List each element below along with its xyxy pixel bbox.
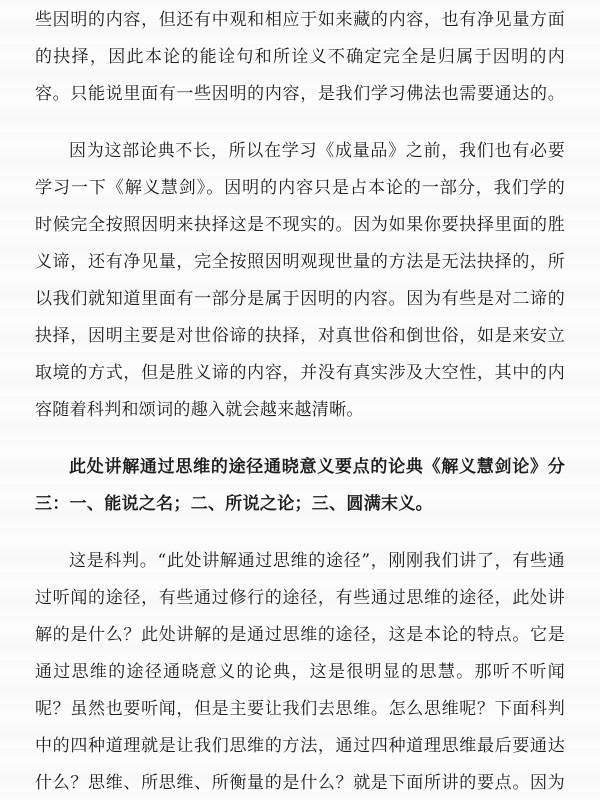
body-paragraph: 这是科判。“此处讲解通过思维的途径”，刚刚我们讲了，有些通过听闻的途径，有些通过… <box>35 543 565 800</box>
text-line: 抉择，因明主要是对世俗谛的抉择，对真世俗和倒世俗，如是来安立 <box>35 318 565 355</box>
text-line: 容。只能说里面有一些因明的内容，是我们学习佛法也需要通达的。 <box>35 76 565 113</box>
document-page: 些因明的内容，但还有中观和相应于如来藏的内容，也有净见量方面的抉择，因此本论的能… <box>0 0 600 800</box>
text-line: 容随着科判和颂词的趣入就会越来越清晰。 <box>35 392 565 429</box>
body-paragraph: 因为这部论典不长，所以在学习《成量品》之前，我们也有必要学习一下《解义慧剑》。因… <box>35 133 565 429</box>
text-line: 些因明的内容，但还有中观和相应于如来藏的内容，也有净见量方面 <box>35 2 565 39</box>
text-line: 解的是什么？此处讲解的是通过思维的途径，这是本论的特点。它是 <box>35 617 565 654</box>
text-line: 此处讲解通过思维的途径通晓意义要点的论典《解义慧剑论》分 <box>35 449 565 486</box>
text-line: 以我们就知道里面有一部分是属于因明的内容。因为有些是对二谛的 <box>35 281 565 318</box>
text-line: 因为这部论典不长，所以在学习《成量品》之前，我们也有必要 <box>35 133 565 170</box>
document-content: 些因明的内容，但还有中观和相应于如来藏的内容，也有净见量方面的抉择，因此本论的能… <box>35 2 565 800</box>
text-line: 过听闻的途径，有些通过修行的途径，有些通过思维的途径，此处讲 <box>35 580 565 617</box>
text-line: 取境的方式，但是胜义谛的内容，并没有真实涉及大空性，其中的内 <box>35 355 565 392</box>
heading-paragraph: 此处讲解通过思维的途径通晓意义要点的论典《解义慧剑论》分三：一、能说之名；二、所… <box>35 449 565 523</box>
text-line: 学习一下《解义慧剑》。因明的内容只是占本论的一部分，我们学的 <box>35 170 565 207</box>
text-line: 这是科判。“此处讲解通过思维的途径”，刚刚我们讲了，有些通 <box>35 543 565 580</box>
text-line: 中的四种道理就是让我们思维的方法，通过四种道理思维最后要通达 <box>35 728 565 765</box>
body-paragraph: 些因明的内容，但还有中观和相应于如来藏的内容，也有净见量方面的抉择，因此本论的能… <box>35 2 565 113</box>
text-line: 义谛，还有净见量，完全按照因明观现世量的方法是无法抉择的，所 <box>35 244 565 281</box>
text-line: 什么？思维、所思维、所衡量的是什么？就是下面所讲的要点。因为 <box>35 765 565 800</box>
text-line: 的抉择，因此本论的能诠句和所诠义不确定完全是归属于因明的内 <box>35 39 565 76</box>
text-line: 呢？虽然也要听闻，但是主要让我们去思维。怎么思维呢？下面科判 <box>35 691 565 728</box>
text-line: 三：一、能说之名；二、所说之论；三、圆满末义。 <box>35 486 565 523</box>
text-line: 通过思维的途径通晓意义的论典，这是很明显的思慧。那听不听闻 <box>35 654 565 691</box>
text-line: 时候完全按照因明来抉择这是不现实的。因为如果你要抉择里面的胜 <box>35 207 565 244</box>
